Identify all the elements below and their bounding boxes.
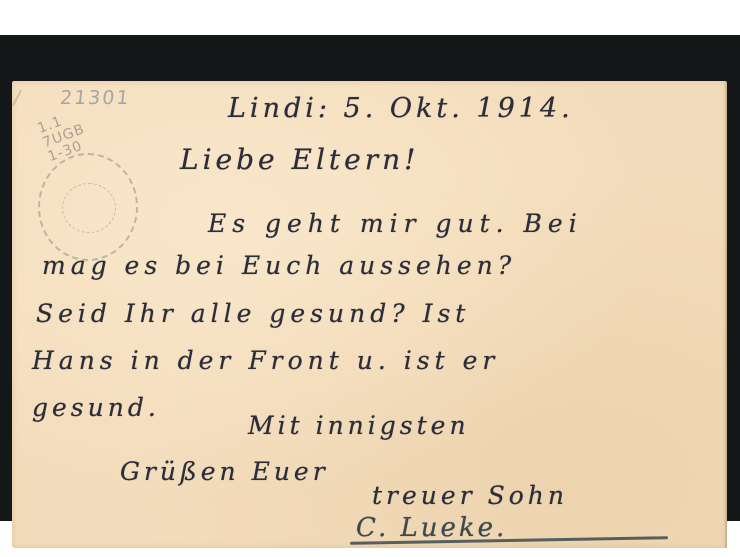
letter-closing-line: Mit innigsten bbox=[248, 411, 470, 440]
corner-crease-mark bbox=[12, 90, 22, 107]
letter-dateline: Lindi: 5. Okt. 1914. bbox=[228, 93, 574, 124]
letter-closing-line: Grüßen Euer bbox=[120, 457, 329, 486]
postcard: 21301 1.1 7UGB 1-30 Lindi: 5. Okt. 1914.… bbox=[12, 81, 727, 548]
letter-body-line: gesund. bbox=[32, 393, 160, 422]
letter-body-line: Hans in der Front u. ist er bbox=[32, 346, 499, 375]
letter-body-line: Seid Ihr alle gesund? Ist bbox=[36, 299, 470, 328]
letter-salutation: Liebe Eltern! bbox=[180, 143, 419, 176]
letter-body-line: Es geht mir gut. Bei bbox=[208, 209, 583, 238]
postmark-stamp-icon bbox=[38, 153, 138, 261]
postmark-inner-ring bbox=[62, 183, 116, 233]
letter-body-line: mag es bei Euch aussehen? bbox=[42, 251, 516, 280]
card-edge-shadow bbox=[724, 81, 727, 548]
pencil-inventory-number: 21301 bbox=[59, 87, 132, 109]
scan-background: 21301 1.1 7UGB 1-30 Lindi: 5. Okt. 1914.… bbox=[0, 35, 740, 521]
letter-closing-line: treuer Sohn bbox=[372, 481, 568, 510]
